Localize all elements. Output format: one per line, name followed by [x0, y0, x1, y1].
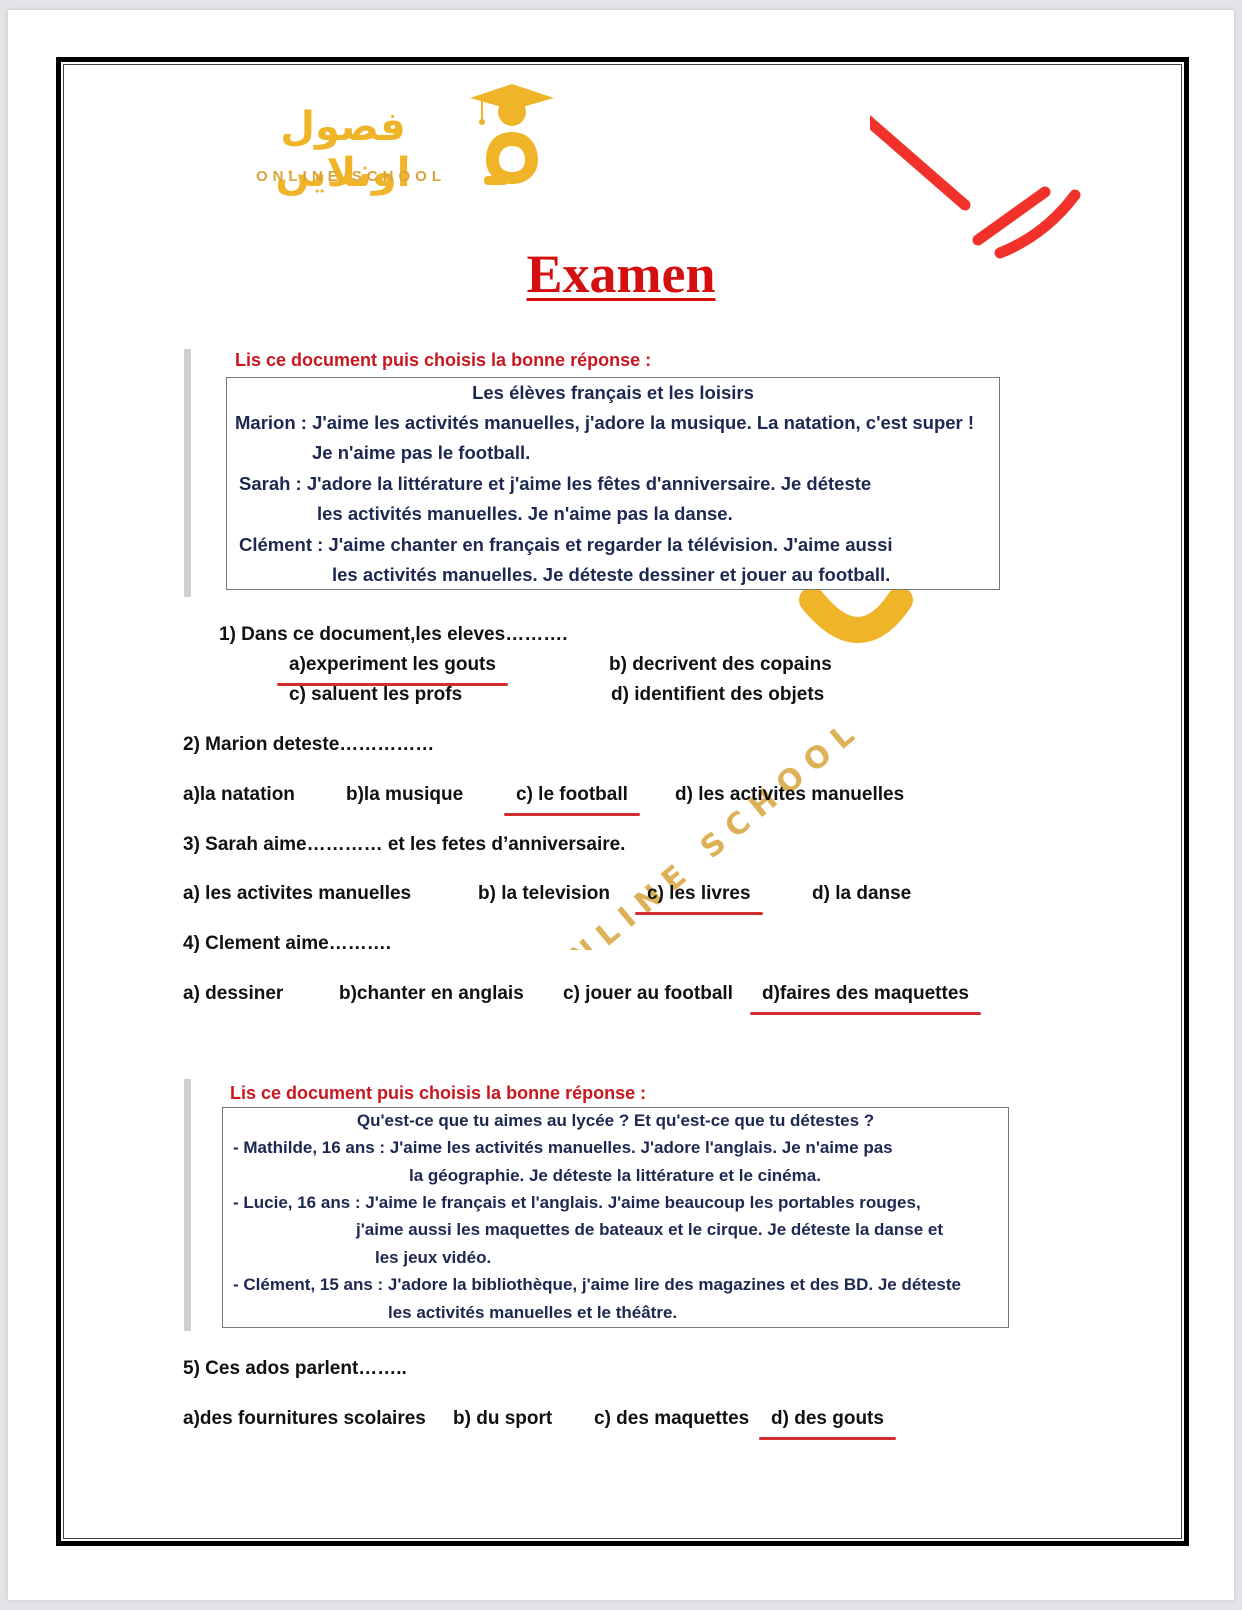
question-3-option-d[interactable]: d) la danse	[812, 883, 911, 905]
question-1-option-b[interactable]: b) decrivent des copains	[609, 654, 832, 676]
question-4-option-c[interactable]: c) jouer au football	[563, 983, 733, 1005]
question-4-option-d[interactable]: d)faires des maquettes	[762, 983, 969, 1005]
question-2-option-c[interactable]: c) le football	[516, 784, 628, 806]
question-5-prompt: 5) Ces ados parlent……..	[183, 1358, 407, 1380]
question-2-prompt: 2) Marion deteste……………	[183, 734, 434, 756]
question-1-option-a[interactable]: a)experiment les gouts	[289, 654, 496, 676]
question-5-option-a[interactable]: a)des fournitures scolaires	[183, 1408, 426, 1430]
question-2-option-a[interactable]: a)la natation	[183, 784, 295, 806]
question-4-option-b[interactable]: b)chanter en anglais	[339, 983, 524, 1005]
section1-document-box: Les élèves français et les loisirs Mario…	[226, 377, 1000, 590]
document-line: - Clément, 15 ans : J'adore la bibliothè…	[233, 1275, 961, 1295]
question-3-option-a[interactable]: a) les activites manuelles	[183, 883, 411, 905]
graduation-cap-logo-icon	[470, 80, 560, 190]
question-4-option-a[interactable]: a) dessiner	[183, 983, 283, 1005]
question-1-option-c[interactable]: c) saluent les profs	[289, 684, 462, 706]
document-line: Je n'aime pas le football.	[312, 442, 530, 464]
section1-instruction: Lis ce document puis choisis la bonne ré…	[235, 350, 651, 371]
document-line: Marion : J'aime les activités manuelles,…	[235, 412, 974, 434]
question-5-option-c[interactable]: c) des maquettes	[594, 1408, 749, 1430]
document-line: les activités manuelles. Je déteste dess…	[332, 564, 890, 586]
question-2-option-d[interactable]: d) les activites manuelles	[675, 784, 904, 806]
document-line: les activités manuelles et le théâtre.	[388, 1303, 677, 1323]
document-line: j'aime aussi les maquettes de bateaux et…	[356, 1220, 943, 1240]
question-5-option-b[interactable]: b) du sport	[453, 1408, 552, 1430]
section2-side-bar	[184, 1079, 191, 1331]
document-line: les jeux vidéo.	[375, 1248, 491, 1268]
question-5-option-d[interactable]: d) des gouts	[771, 1408, 884, 1430]
document-line: la géographie. Je déteste la littérature…	[409, 1166, 821, 1186]
document-line: - Mathilde, 16 ans : J'aime les activité…	[233, 1138, 893, 1158]
question-3-option-c[interactable]: c) les livres	[647, 883, 751, 905]
question-1-option-d[interactable]: d) identifient des objets	[611, 684, 824, 706]
question-1-prompt: 1) Dans ce document,les eleves……….	[219, 624, 567, 646]
red-pen-marks	[870, 110, 1120, 260]
question-4-prompt: 4) Clement aime……….	[183, 933, 391, 955]
section1-document-heading: Les élèves français et les loisirs	[227, 382, 999, 404]
document-line: Clément : J'aime chanter en français et …	[239, 534, 893, 556]
question-3-prompt: 3) Sarah aime………… et les fetes d’anniver…	[183, 834, 625, 856]
question-2-option-b[interactable]: b)la musique	[346, 784, 463, 806]
document-line: les activités manuelles. Je n'aime pas l…	[317, 503, 733, 525]
section2-document-heading: Qu'est-ce que tu aimes au lycée ? Et qu'…	[223, 1111, 1008, 1131]
section2-instruction: Lis ce document puis choisis la bonne ré…	[230, 1083, 646, 1104]
section2-document-box: Qu'est-ce que tu aimes au lycée ? Et qu'…	[222, 1107, 1009, 1328]
page-title: Examen	[0, 243, 1242, 305]
question-3-option-b[interactable]: b) la television	[478, 883, 610, 905]
document-line: Sarah : J'adore la littérature et j'aime…	[239, 473, 871, 495]
section1-side-bar	[184, 349, 191, 597]
document-line: - Lucie, 16 ans : J'aime le français et …	[233, 1193, 921, 1213]
logo-english-text: ONLINE SCHOOL	[256, 168, 446, 185]
